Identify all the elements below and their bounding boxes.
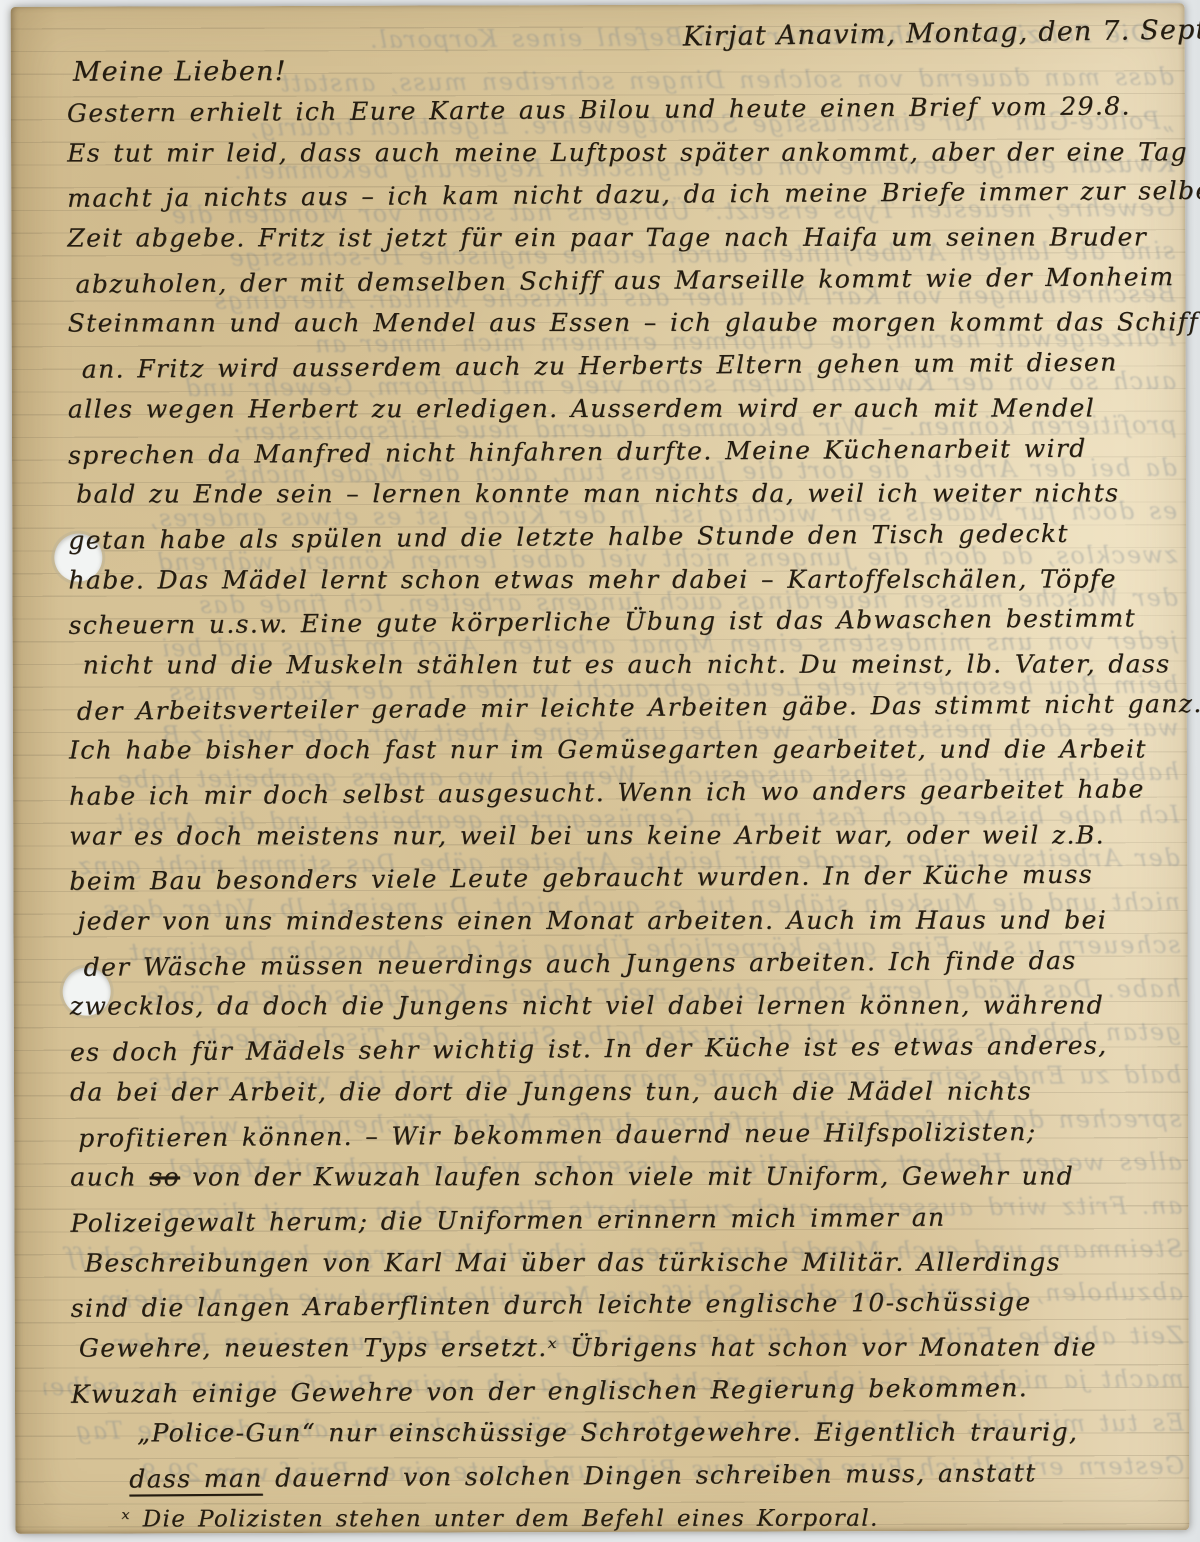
letter-line: Steinmann und auch Mendel aus Essen – ic… bbox=[68, 302, 1178, 346]
letter-text: habe. Das Mädel lernt schon etwas mehr d… bbox=[68, 564, 1116, 594]
letter-line: sprechen da Manfred nicht hinfahren durf… bbox=[68, 427, 1178, 477]
letter-line: profitieren können. – Wir bekommen dauer… bbox=[78, 1110, 1180, 1160]
letter-text: bald zu Ende sein – lernen konnte man ni… bbox=[76, 479, 1119, 509]
letter-text: war es doch meistens nur, weil bei uns k… bbox=[69, 820, 1105, 850]
letter-line: Ich habe bisher doch fast nur im Gemüseg… bbox=[69, 729, 1179, 773]
letter-text: Zeit abgebe. Fritz ist jetzt für ein paa… bbox=[67, 222, 1147, 252]
letter-line: auch so von der Kwuzah laufen schon viel… bbox=[70, 1156, 1180, 1200]
letter-text: macht ja nichts aus – ich kam nicht dazu… bbox=[67, 176, 1200, 213]
letter-text: „Police-Gun“ nur einschüssige Schrotgewe… bbox=[137, 1418, 1078, 1448]
letter-text: Gewehre, neuesten Typs ersetzt.ˣ Übrigen… bbox=[79, 1332, 1097, 1362]
letter-line: Gewehre, neuesten Typs ersetzt.ˣ Übrigen… bbox=[79, 1326, 1181, 1370]
letter-text: auch bbox=[70, 1163, 149, 1192]
letter-text: nicht und die Muskeln stählen tut es auc… bbox=[83, 649, 1171, 679]
letter-line: abzuholen, der mit demselben Schiff aus … bbox=[75, 256, 1177, 306]
letter-text: Gestern erhielt ich Eure Karte aus Bilou… bbox=[67, 91, 1131, 127]
letter-line: „Police-Gun“ nur einschüssige Schrotgewe… bbox=[137, 1412, 1181, 1456]
scanned-letter-page: ˣ Die Polizisten stehen unter dem Befehl… bbox=[0, 0, 1200, 1542]
letter-text-strike: so bbox=[149, 1163, 180, 1192]
letter-line: der Wäsche müssen neuerdings auch Jungen… bbox=[83, 939, 1179, 989]
letter-line: der Arbeitsverteiler gerade mir leichte … bbox=[77, 683, 1179, 733]
letter-text: sprechen da Manfred nicht hinfahren durf… bbox=[68, 433, 1087, 469]
letter-text: jeder von uns mindestens einen Monat arb… bbox=[77, 905, 1107, 935]
letter-text: beim Bau besonders viele Leute gebraucht… bbox=[69, 860, 1093, 896]
letter-line: habe ich mir doch selbst ausgesucht. Wen… bbox=[69, 768, 1179, 818]
letter-text: da bei der Arbeit, die dort die Jungens … bbox=[70, 1076, 1032, 1106]
letter-line: zwecklos, da doch die Jungens nicht viel… bbox=[70, 985, 1180, 1029]
letter-line: da bei der Arbeit, die dort die Jungens … bbox=[70, 1070, 1180, 1114]
letter-text: Es tut mir leid, dass auch meine Luftpos… bbox=[67, 137, 1188, 167]
letter-line: Kwuzah einige Gewehre von der englischen… bbox=[71, 1366, 1181, 1416]
letter-line: getan habe als spülen und die letzte hal… bbox=[68, 512, 1178, 562]
letter-text: dauernd von solchen Dingen schreiben mus… bbox=[263, 1458, 1037, 1492]
letter-salutation: Meine Lieben! bbox=[73, 56, 287, 88]
letter-line: alles wegen Herbert zu erledigen. Ausser… bbox=[68, 387, 1178, 431]
letter-line: beim Bau besonders viele Leute gebraucht… bbox=[69, 853, 1179, 903]
letter-text: getan habe als spülen und die letzte hal… bbox=[68, 519, 1069, 555]
letter-text: Polizeigewalt herum; die Uniformen erinn… bbox=[70, 1203, 945, 1238]
letter-text: scheuern u.s.w. Eine gute körperliche Üb… bbox=[68, 604, 1136, 640]
letter-text: der Wäsche müssen neuerdings auch Jungen… bbox=[84, 946, 1077, 982]
letter-text: der Arbeitsverteiler gerade mir leichte … bbox=[77, 689, 1200, 726]
letter-text: Kwuzah einige Gewehre von der englischen… bbox=[71, 1373, 1028, 1409]
letter-line: ˣ Die Polizisten stehen unter dem Befehl… bbox=[121, 1497, 1181, 1541]
letter-dateline: Kirjat Anavim, Montag, den 7. Sept. bbox=[683, 14, 1200, 52]
letter-text: habe ich mir doch selbst ausgesucht. Wen… bbox=[69, 774, 1145, 811]
letter-line: an. Fritz wird ausserdem auch zu Herbert… bbox=[82, 341, 1178, 391]
letter-text: es doch für Mädels sehr wichtig ist. In … bbox=[70, 1031, 1108, 1067]
letter-line: bald zu Ende sein – lernen konnte man ni… bbox=[76, 473, 1178, 517]
letter-line: Polizeigewalt herum; die Uniformen erinn… bbox=[70, 1195, 1180, 1245]
letter-text: abzuholen, der mit demselben Schiff aus … bbox=[75, 262, 1174, 299]
letter-body: Gestern erhielt ich Eure Karte aus Bilou… bbox=[67, 87, 1182, 1542]
letter-line: scheuern u.s.w. Eine gute körperliche Üb… bbox=[68, 597, 1178, 647]
letter-line: Zeit abgebe. Fritz ist jetzt für ein paa… bbox=[67, 216, 1177, 260]
letter-text: Steinmann und auch Mendel aus Essen – ic… bbox=[68, 308, 1199, 338]
letter-text: Beschreibungen von Karl Mai über das tür… bbox=[85, 1247, 1061, 1277]
letter-line: war es doch meistens nur, weil bei uns k… bbox=[69, 814, 1179, 858]
letter-line: Beschreibungen von Karl Mai über das tür… bbox=[85, 1241, 1181, 1285]
letter-line: es doch für Mädels sehr wichtig ist. In … bbox=[70, 1024, 1180, 1074]
letter-text: alles wegen Herbert zu erledigen. Ausser… bbox=[68, 393, 1095, 423]
letter-line: Gestern erhielt ich Eure Karte aus Bilou… bbox=[67, 85, 1177, 135]
letter-text: zwecklos, da doch die Jungens nicht viel… bbox=[70, 991, 1104, 1021]
letter-text: ˣ Die Polizisten stehen unter dem Befehl… bbox=[121, 1505, 878, 1532]
letter-text: an. Fritz wird ausserdem auch zu Herbert… bbox=[82, 348, 1118, 384]
letter-text: Ich habe bisher doch fast nur im Gemüseg… bbox=[69, 735, 1147, 765]
letter-text-underline: dass man bbox=[129, 1464, 263, 1494]
letter-line: dass man dauernd von solchen Dingen schr… bbox=[129, 1451, 1181, 1501]
letter-text: profitieren können. – Wir bekommen dauer… bbox=[78, 1117, 1037, 1153]
letter-line: nicht und die Muskeln stählen tut es auc… bbox=[83, 643, 1179, 687]
letter-line: Es tut mir leid, dass auch meine Luftpos… bbox=[67, 131, 1177, 175]
letter-text: sind die langen Araberflinten durch leic… bbox=[71, 1287, 1032, 1323]
letter-line: sind die langen Araberflinten durch leic… bbox=[71, 1280, 1181, 1330]
letter-paper: ˣ Die Polizisten stehen unter dem Befehl… bbox=[11, 3, 1190, 1534]
letter-line: jeder von uns mindestens einen Monat arb… bbox=[77, 899, 1179, 943]
letter-line: macht ja nichts aus – ich kam nicht dazu… bbox=[67, 170, 1177, 220]
letter-text: von der Kwuzah laufen schon viele mit Un… bbox=[180, 1162, 1074, 1192]
letter-line: habe. Das Mädel lernt schon etwas mehr d… bbox=[68, 558, 1178, 602]
